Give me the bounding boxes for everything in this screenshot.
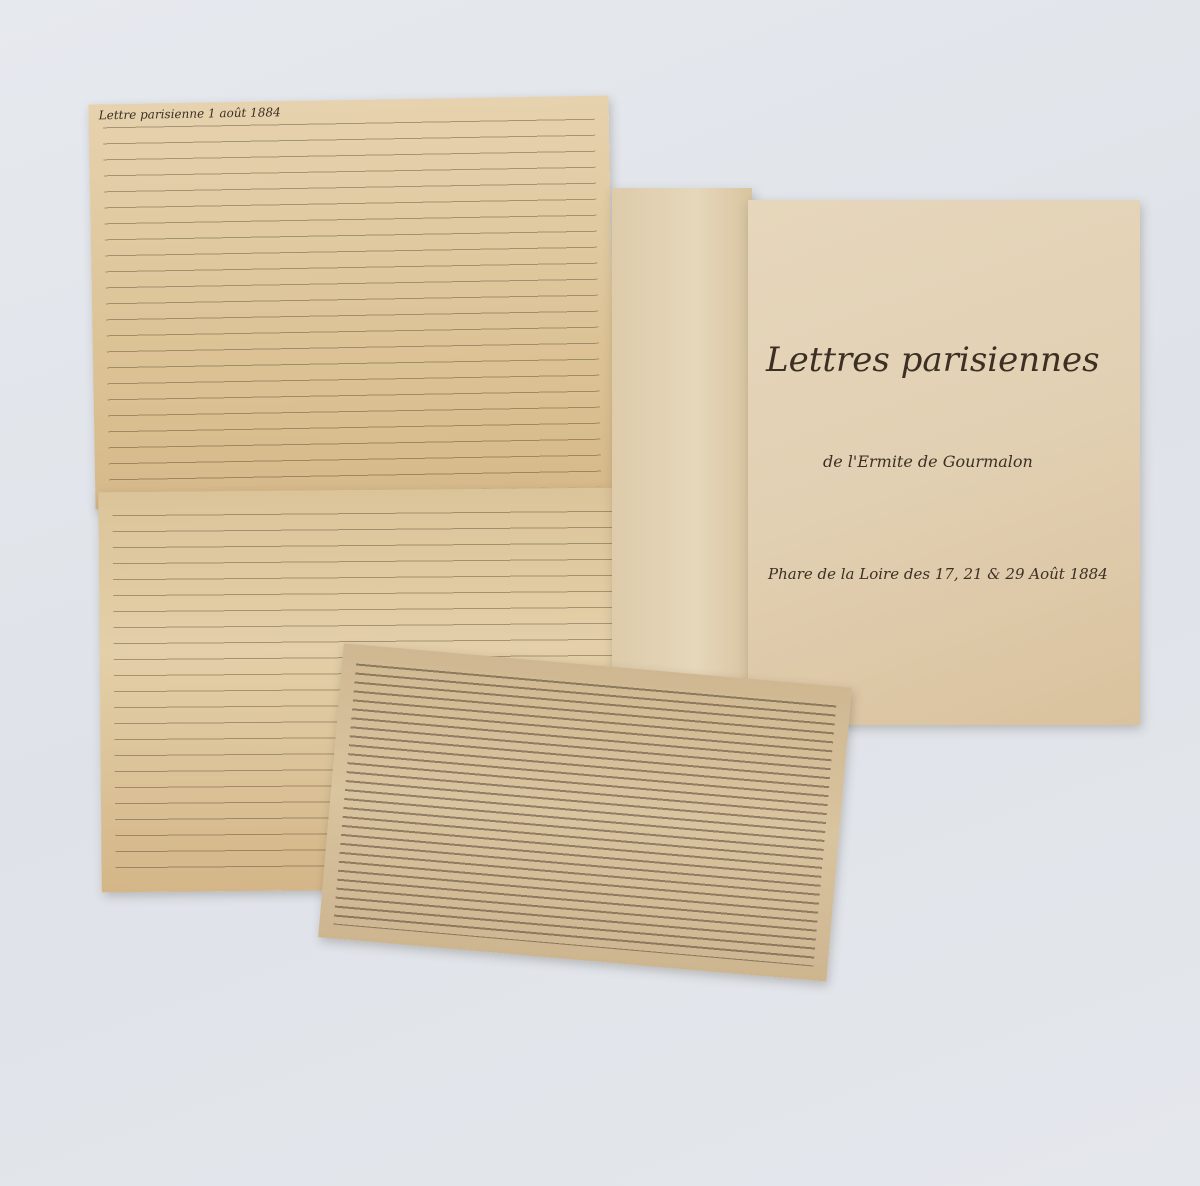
dense-handwriting <box>333 659 836 967</box>
handwriting-lines <box>103 110 602 496</box>
notebook-title-page: Lettres parisiennes de l'Ermite de Gourm… <box>748 200 1140 725</box>
notebook-footer: Phare de la Loire des 17, 21 & 29 Août 1… <box>768 565 1108 583</box>
notebook-title: Lettres parisiennes <box>766 340 1100 380</box>
folded-letter-top-half: Lettre parisienne 1 août 1884 <box>89 95 616 509</box>
notebook-left-page <box>612 188 752 718</box>
manuscript-fragment <box>318 643 852 981</box>
notebook-author: de l'Ermite de Gourmalon <box>823 452 1033 471</box>
